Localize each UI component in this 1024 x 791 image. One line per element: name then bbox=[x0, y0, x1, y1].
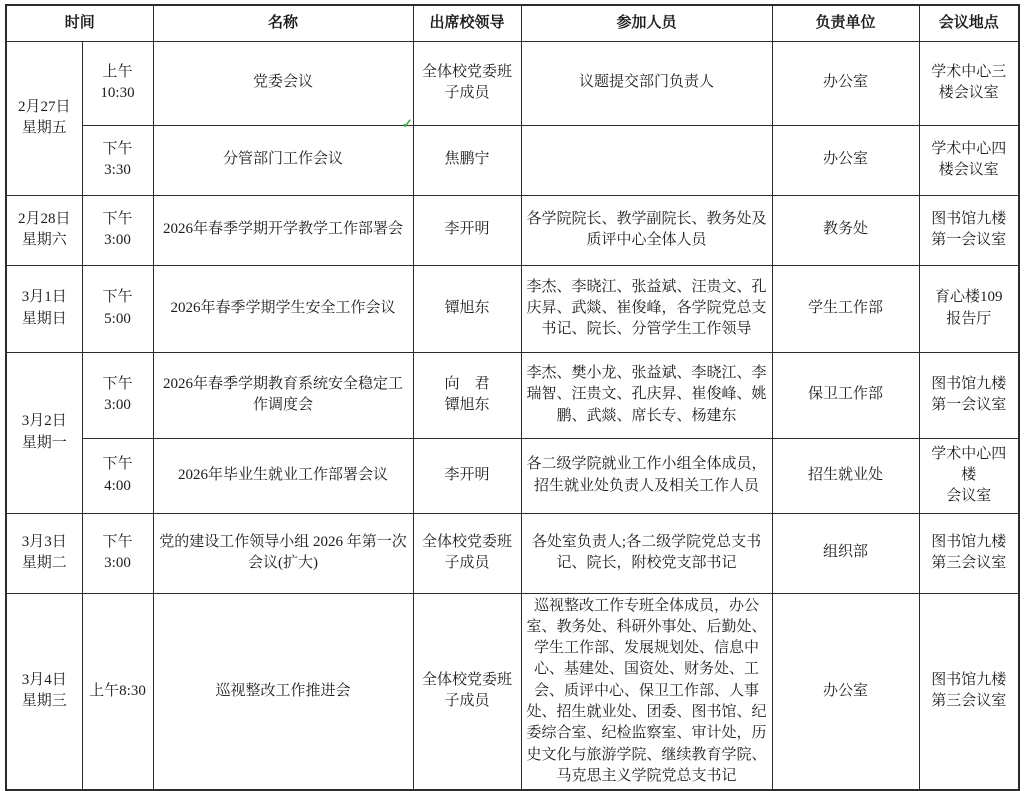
cell-unit: 办公室 bbox=[772, 125, 919, 195]
cell-location: 图书馆九楼 第一会议室 bbox=[919, 195, 1019, 265]
cell-leaders: 李开明 bbox=[413, 438, 521, 513]
cell-leaders: 全体校党委班子成员 bbox=[413, 513, 521, 593]
cell-name: 巡视整改工作推进会 bbox=[153, 593, 413, 790]
cell-date: 2月28日 星期六 bbox=[6, 195, 82, 265]
header-row: 时间 名称 出席校领导 参加人员 负责单位 会议地点 bbox=[6, 5, 1019, 41]
cell-date: 3月1日 星期日 bbox=[6, 265, 82, 352]
table-row: 2月27日 星期五 上午 10:30 党委会议 全体校党委班子成员 议题提交部门… bbox=[6, 41, 1019, 125]
cell-time: 下午 4:00 bbox=[82, 438, 153, 513]
cell-date: 3月2日 星期一 bbox=[6, 352, 82, 513]
cell-time: 下午 3:30 bbox=[82, 125, 153, 195]
table-row: 下午 4:00 2026年毕业生就业工作部署会议 李开明 各二级学院就业工作小组… bbox=[6, 438, 1019, 513]
cell-participants: 各学院院长、教学副院长、教务处及质评中心全体人员 bbox=[521, 195, 772, 265]
table-row: 3月4日 星期三 上午8:30 巡视整改工作推进会 全体校党委班子成员 巡视整改… bbox=[6, 593, 1019, 790]
cell-time: 下午 3:00 bbox=[82, 513, 153, 593]
cell-participants bbox=[521, 125, 772, 195]
cell-location: 图书馆九楼 第三会议室 bbox=[919, 513, 1019, 593]
cell-time: 下午 5:00 bbox=[82, 265, 153, 352]
cell-location: 图书馆九楼 第三会议室 bbox=[919, 593, 1019, 790]
cell-leaders: 全体校党委班子成员 bbox=[413, 593, 521, 790]
cell-unit: 教务处 bbox=[772, 195, 919, 265]
table-row: 2月28日 星期六 下午 3:00 2026年春季学期开学教学工作部署会 李开明… bbox=[6, 195, 1019, 265]
cell-date: 3月3日 星期二 bbox=[6, 513, 82, 593]
cell-location: 图书馆九楼 第一会议室 bbox=[919, 352, 1019, 438]
cell-location: 学术中心四楼 会议室 bbox=[919, 438, 1019, 513]
cell-name: 2026年春季学期开学教学工作部署会 bbox=[153, 195, 413, 265]
cell-unit: 保卫工作部 bbox=[772, 352, 919, 438]
cell-participants: 议题提交部门负责人 bbox=[521, 41, 772, 125]
cell-time: 下午 3:00 bbox=[82, 195, 153, 265]
cell-location: 学术中心四楼会议室 bbox=[919, 125, 1019, 195]
cell-participants: 李杰、李晓江、张益斌、汪贵文、孔庆昇、武燚、崔俊峰，各学院党总支书记、院长、分管… bbox=[521, 265, 772, 352]
cell-time: 上午 10:30 bbox=[82, 41, 153, 125]
header-unit: 负责单位 bbox=[772, 5, 919, 41]
header-location: 会议地点 bbox=[919, 5, 1019, 41]
cell-unit: 学生工作部 bbox=[772, 265, 919, 352]
cell-time: 上午8:30 bbox=[82, 593, 153, 790]
cell-leaders: 焦鹏宁 bbox=[413, 125, 521, 195]
cell-name: 分管部门工作会议 bbox=[153, 125, 413, 195]
cell-name: 党委会议 bbox=[153, 41, 413, 125]
table-row: 3月1日 星期日 下午 5:00 2026年春季学期学生安全工作会议 镡旭东 李… bbox=[6, 265, 1019, 352]
meeting-schedule-table: 时间 名称 出席校领导 参加人员 负责单位 会议地点 2月27日 星期五 上午 … bbox=[5, 4, 1020, 791]
header-name: 名称 bbox=[153, 5, 413, 41]
cell-leaders: 李开明 bbox=[413, 195, 521, 265]
table-row: 3月2日 星期一 下午 3:00 2026年春季学期教育系统安全稳定工作调度会 … bbox=[6, 352, 1019, 438]
cell-leaders: 镡旭东 bbox=[413, 265, 521, 352]
cell-location: 育心楼109 报告厅 bbox=[919, 265, 1019, 352]
cell-time: 下午 3:00 bbox=[82, 352, 153, 438]
cell-name: 2026年毕业生就业工作部署会议 bbox=[153, 438, 413, 513]
cell-unit: 组织部 bbox=[772, 513, 919, 593]
cell-participants: 巡视整改工作专班全体成员，办公室、教务处、科研外事处、后勤处、学生工作部、发展规… bbox=[521, 593, 772, 790]
cell-location: 学术中心三楼会议室 bbox=[919, 41, 1019, 125]
header-time: 时间 bbox=[6, 5, 153, 41]
cell-participants: 各处室负责人;各二级学院党总支书记、院长，附校党支部书记 bbox=[521, 513, 772, 593]
cell-unit: 办公室 bbox=[772, 41, 919, 125]
cell-name: 党的建设工作领导小组 2026 年第一次会议(扩大) bbox=[153, 513, 413, 593]
header-leaders: 出席校领导 bbox=[413, 5, 521, 41]
cell-date: 2月27日 星期五 bbox=[6, 41, 82, 195]
table-row: 3月3日 星期二 下午 3:00 党的建设工作领导小组 2026 年第一次会议(… bbox=[6, 513, 1019, 593]
document-page: 时间 名称 出席校领导 参加人员 负责单位 会议地点 2月27日 星期五 上午 … bbox=[0, 0, 1024, 791]
cell-leaders: 全体校党委班子成员 bbox=[413, 41, 521, 125]
cell-date: 3月4日 星期三 bbox=[6, 593, 82, 790]
cell-unit: 招生就业处 bbox=[772, 438, 919, 513]
header-participants: 参加人员 bbox=[521, 5, 772, 41]
cell-leaders: 向 君 镡旭东 bbox=[413, 352, 521, 438]
cell-name: 2026年春季学期教育系统安全稳定工作调度会 bbox=[153, 352, 413, 438]
cell-participants: 李杰、樊小龙、张益斌、李晓江、李瑞智、汪贵文、孔庆昇、崔俊峰、姚鹏、武燚、席长专… bbox=[521, 352, 772, 438]
cell-name: 2026年春季学期学生安全工作会议 bbox=[153, 265, 413, 352]
cell-unit: 办公室 bbox=[772, 593, 919, 790]
cell-participants: 各二级学院就业工作小组全体成员，招生就业处负责人及相关工作人员 bbox=[521, 438, 772, 513]
table-row: 下午 3:30 分管部门工作会议 焦鹏宁 办公室 学术中心四楼会议室 bbox=[6, 125, 1019, 195]
